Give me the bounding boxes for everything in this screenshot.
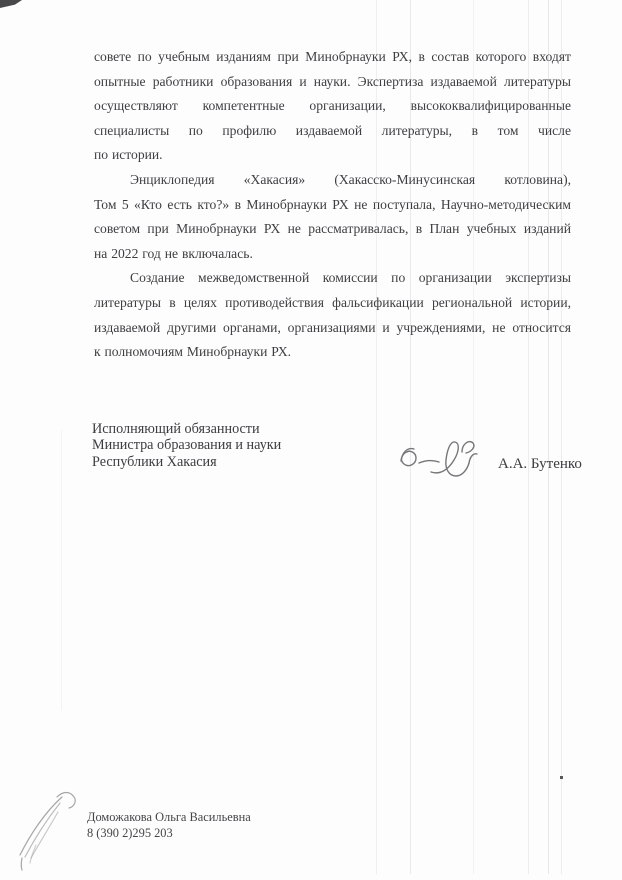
- paragraph: Энциклопедия «Хакасия» (Хакасско-Минусин…: [94, 168, 571, 266]
- scan-crease-line: [61, 430, 62, 710]
- text-line: Создание межведомственной комиссии по ор…: [94, 266, 571, 291]
- text-line: советом при Минобрнауки РХ не рассматрив…: [94, 217, 571, 242]
- executor-phone: 8 (390 2)295 203: [87, 826, 251, 842]
- text-line: к полномочиям Минобрнауки РХ.: [94, 340, 571, 365]
- scan-speck: [560, 776, 563, 779]
- text-line: на 2022 год не включалась.: [94, 242, 571, 267]
- text-line: Том 5 «Кто есть кто?» в Минобрнауки РХ н…: [94, 193, 571, 218]
- text-line: литературы в целях противодействия фальс…: [94, 291, 571, 316]
- executor-contact-block: Доможакова Ольга Васильевна 8 (390 2)295…: [87, 810, 251, 841]
- page-corner-fold-mark: [0, 0, 22, 8]
- signer-name: А.А. Бутенко: [498, 456, 582, 473]
- signer-role-line: Республики Хакасия: [92, 454, 392, 470]
- text-line: специалисты по профилю издаваемой литера…: [94, 119, 571, 144]
- text-line: опытные работники образования и науки. Э…: [94, 70, 571, 95]
- scanned-letter-page: совете по учебным изданиям при Минобрнау…: [0, 0, 622, 880]
- executor-name: Доможакова Ольга Васильевна: [87, 810, 251, 826]
- text-line: совете по учебным изданиям при Минобрнау…: [94, 45, 571, 70]
- paragraph: Создание межведомственной комиссии по ор…: [94, 266, 571, 364]
- text-line: Энциклопедия «Хакасия» (Хакасско-Минусин…: [94, 168, 571, 193]
- signer-role-line: Министра образования и науки: [92, 437, 392, 453]
- letter-body: совете по учебным изданиям при Минобрнау…: [94, 45, 571, 365]
- pen-scribble-mark: [10, 788, 88, 876]
- paragraph: совете по учебным изданиям при Минобрнау…: [94, 45, 571, 168]
- text-line: по истории.: [94, 143, 571, 168]
- handwritten-signature: [395, 430, 487, 488]
- text-line: осуществляют компетентные организации, в…: [94, 94, 571, 119]
- signature-role-block: Исполняющий обязанности Министра образов…: [92, 421, 392, 470]
- signer-role-line: Исполняющий обязанности: [92, 421, 392, 437]
- text-line: издаваемой другими органами, организация…: [94, 316, 571, 341]
